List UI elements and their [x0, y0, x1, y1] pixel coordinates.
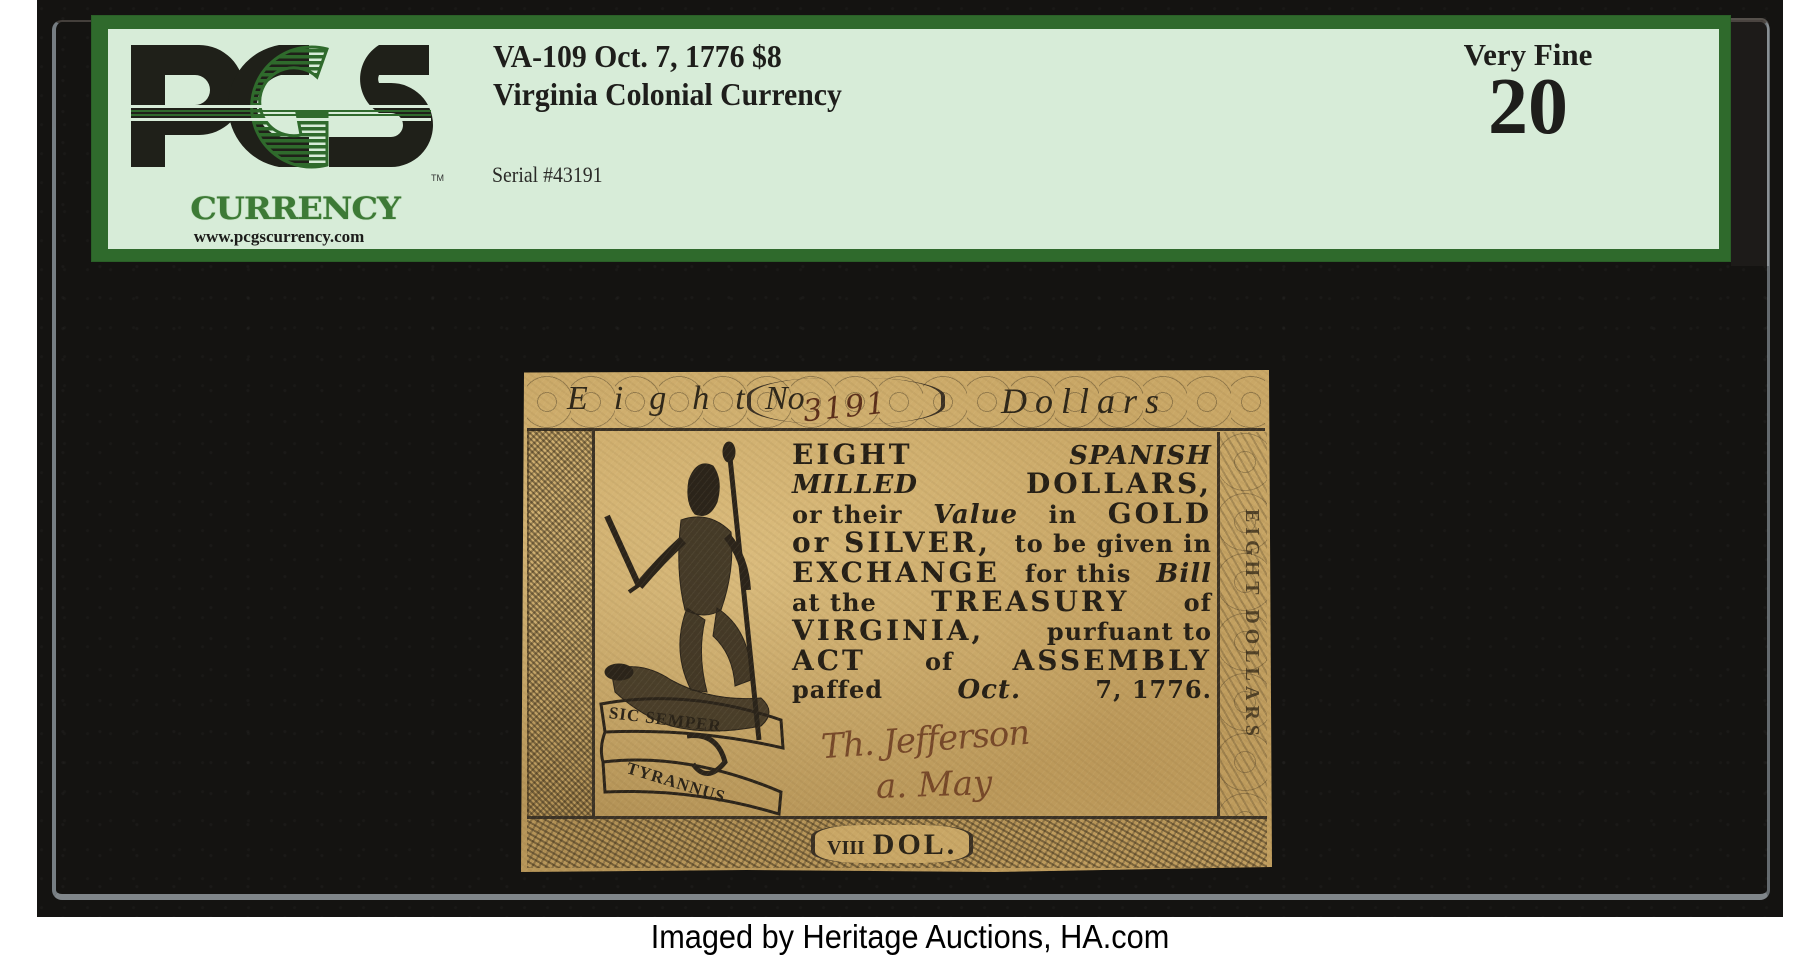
note-text-line: at theTREASURYof — [792, 587, 1212, 616]
note-text-fragment: or their — [792, 500, 903, 529]
signature-2: a. May — [875, 763, 993, 807]
note-text-line: VIRGINIA,purfuant to — [792, 616, 1212, 645]
note-text-line: EIGHTSPANISH — [792, 440, 1212, 469]
pcgs-letters-icon — [129, 43, 434, 193]
note-text-line: EXCHANGEfor thisBill — [792, 558, 1212, 587]
note-text-fragment: of — [925, 647, 953, 676]
motto-banner: SIC SEMPER TYRANNUS — [597, 692, 789, 816]
note-text-fragment: ACT — [792, 646, 866, 675]
note-text-line: or SILVER,to be given in — [792, 528, 1212, 557]
note-text-fragment: in — [1049, 500, 1078, 529]
note-text-line: or theirValueinGOLD — [792, 499, 1212, 528]
note-text-fragment: to be given in — [1015, 529, 1212, 558]
note-text-fragment: MILLED — [792, 471, 918, 500]
logo-url: www.pcgscurrency.com — [129, 227, 429, 247]
logo-wordmark: CURRENCY — [133, 193, 457, 225]
note-side-text: EIGHT DOLLARS — [1223, 460, 1263, 790]
note-text-fragment: at the — [792, 588, 877, 617]
pcgs-currency-logo: TM CURRENCY www.pcgscurrency.com — [129, 43, 434, 248]
grade-number: 20 — [1428, 65, 1628, 149]
denomination-roman: VIII — [827, 837, 865, 859]
note-text-fragment: EIGHT — [792, 440, 913, 469]
note-text-fragment: ASSEMBLY — [1013, 646, 1212, 675]
note-text-fragment: TREASURY — [931, 587, 1129, 616]
grading-label: TM CURRENCY www.pcgscurrency.com VA-109 … — [91, 15, 1731, 262]
note-text-fragment: GOLD — [1108, 499, 1212, 528]
note-series-title: Virginia Colonial Currency — [493, 75, 842, 113]
note-text-line: paffedOct.7, 1776. — [792, 675, 1212, 704]
note-promise-text: EIGHTSPANISHMILLEDDOLLARS,or theirValuei… — [792, 440, 1212, 705]
note-text-fragment: DOLLARS, — [1026, 469, 1212, 498]
note-text-fragment: 7, 1776. — [1095, 675, 1212, 704]
denomination-word: DOL. — [873, 828, 958, 861]
note-text-fragment: EXCHANGE — [792, 558, 1000, 587]
serial-number: Serial #43191 — [492, 162, 603, 188]
note-number-label: No — [765, 380, 805, 418]
signature-1: Th. Jefferson — [820, 713, 1031, 767]
note-text-fragment: paffed — [792, 675, 883, 704]
note-text-fragment: Oct. — [957, 676, 1021, 705]
image-credit-caption: Imaged by Heritage Auctions, HA.com — [64, 917, 1757, 956]
denomination-cartouche: VIIIDOL. — [811, 825, 973, 863]
note-text-fragment: Bill — [1156, 560, 1212, 589]
note-text-fragment: VIRGINIA, — [792, 616, 984, 645]
note-text-fragment: of — [1184, 588, 1212, 617]
note-left-border — [527, 430, 595, 818]
note-text-fragment: for this — [1025, 559, 1132, 588]
note-catalog-title: VA-109 Oct. 7, 1776 $8 — [493, 37, 782, 75]
grading-label-panel: TM CURRENCY www.pcgscurrency.com VA-109 … — [108, 29, 1719, 249]
note-border-word-eight: Eight — [567, 380, 771, 418]
note-text-line: MILLEDDOLLARS, — [792, 469, 1212, 498]
note-text-line: ACTofASSEMBLY — [792, 646, 1212, 675]
colonial-banknote: Eight No 3191 Dollars EIGHT DOLLARS — [521, 370, 1272, 872]
trademark-symbol: TM — [431, 173, 444, 183]
note-text-fragment: or SILVER, — [792, 528, 991, 557]
note-text-fragment: purfuant to — [1047, 617, 1212, 646]
note-border-word-dollars: Dollars — [1001, 380, 1167, 422]
